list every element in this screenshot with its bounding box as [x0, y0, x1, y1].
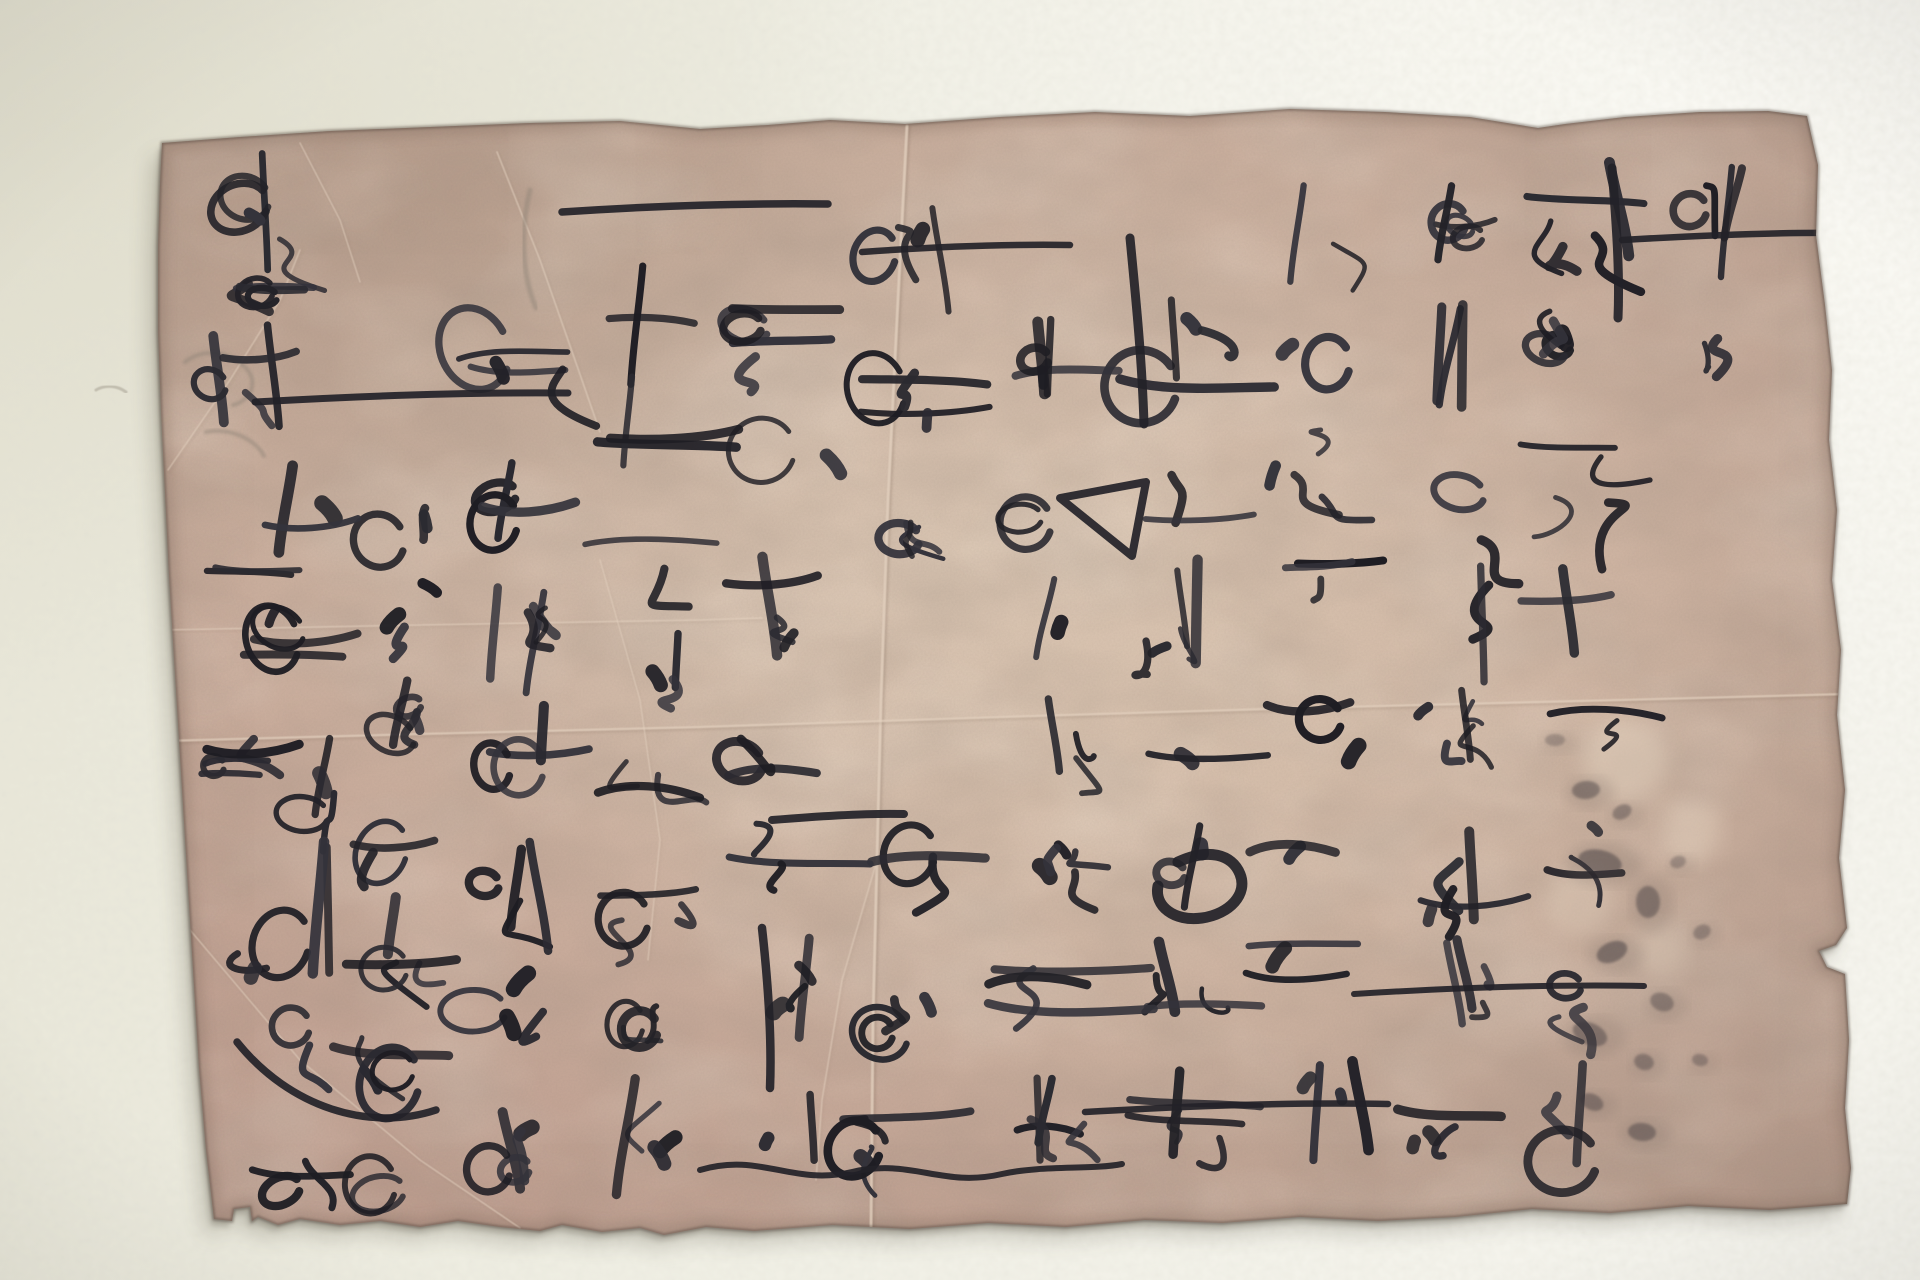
- photo-of-manuscript: [0, 0, 1920, 1280]
- photo-vignette: [0, 0, 1920, 1280]
- manuscript-photo-canvas: [0, 0, 1920, 1280]
